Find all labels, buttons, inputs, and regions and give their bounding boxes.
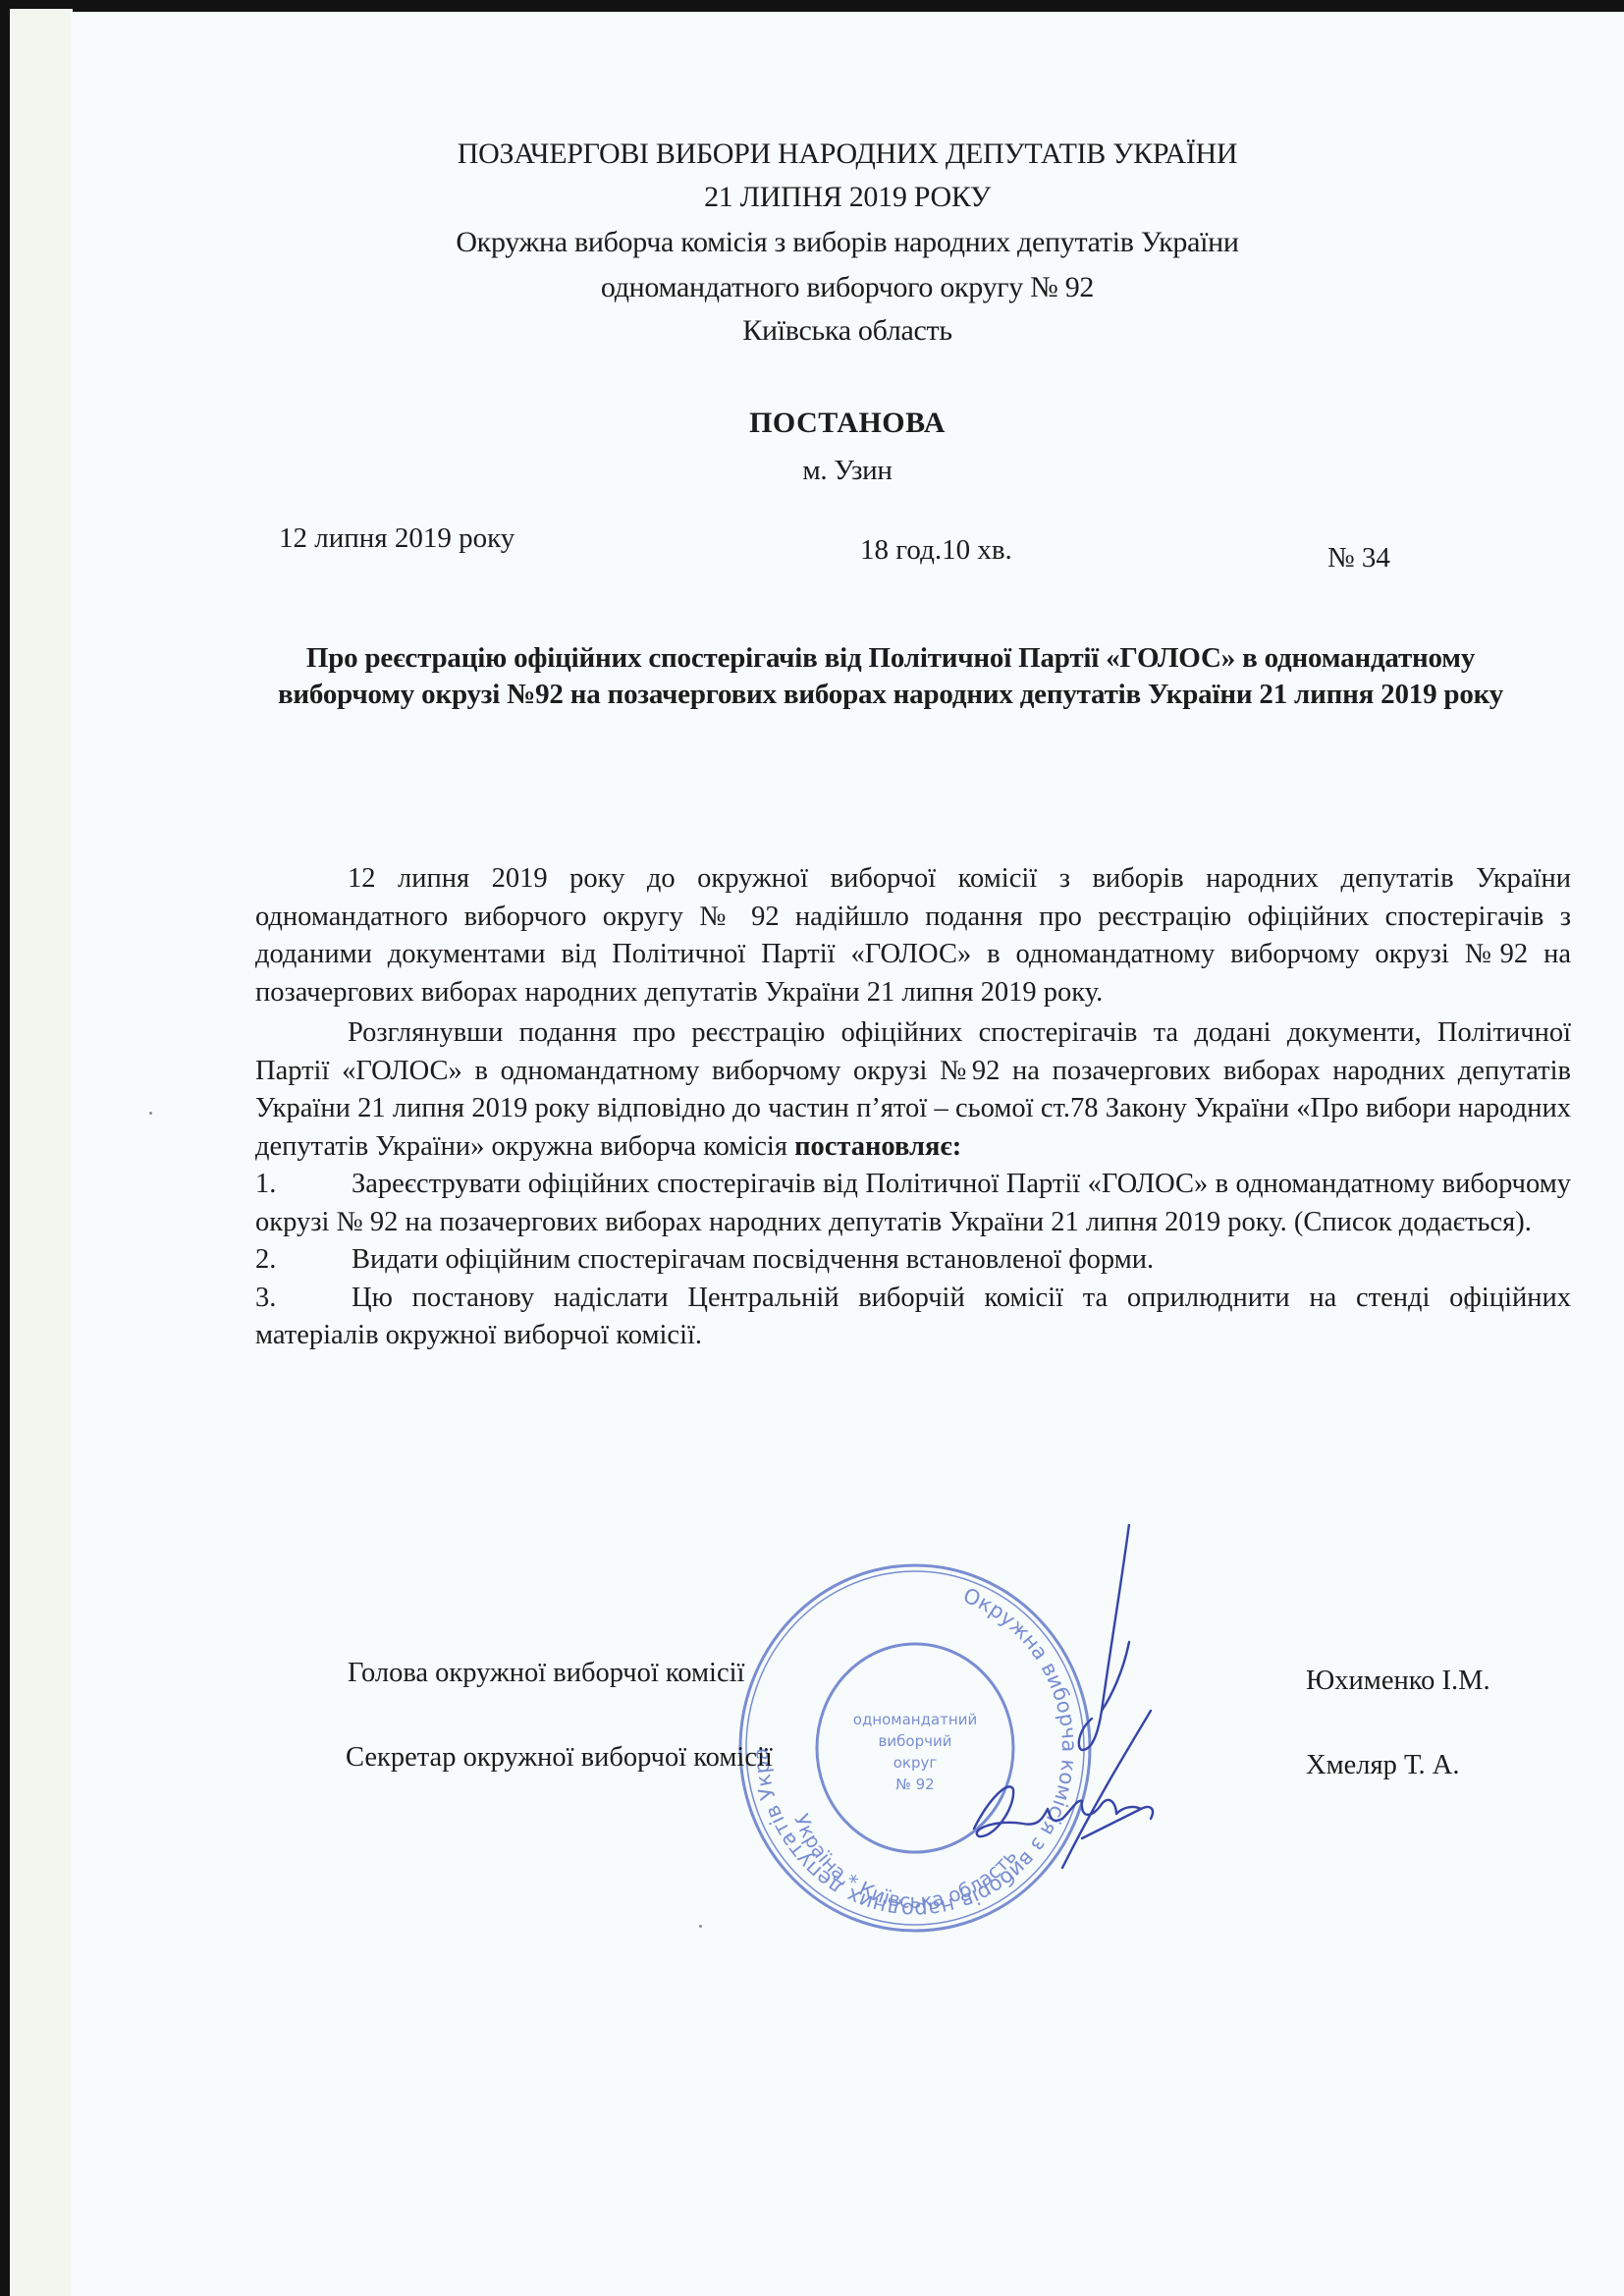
commission-name: Окружна виборча комісія з виборів народн…: [71, 226, 1624, 259]
scan-edge-strip: [10, 9, 73, 2296]
document-number: № 34: [1327, 542, 1390, 574]
chair-name: Юхименко І.М.: [1306, 1666, 1490, 1697]
scan-speck: [149, 1112, 152, 1115]
document-time: 18 год.10 хв.: [860, 534, 1012, 566]
stamp-center-line-2: виборчий: [879, 1732, 952, 1750]
document-date: 12 липня 2019 року: [279, 522, 514, 554]
resolution-number-3: 3.: [255, 1280, 276, 1318]
secretary-name: Хмеляр Т. А.: [1306, 1750, 1460, 1781]
scan-speck: [1465, 1306, 1468, 1309]
resolution-text-2: Видати офіційним спостерігачам посвідчен…: [352, 1244, 1154, 1275]
paragraph-submission: 12 липня 2019 року до окружної виборчої …: [255, 860, 1571, 1011]
district-name: одномандатного виборчого округу № 92: [71, 271, 1624, 304]
resolution-text-3: Цю постанову надіслати Центральній вибор…: [255, 1283, 1571, 1351]
document-type: ПОСТАНОВА: [71, 407, 1624, 440]
election-title: ПОЗАЧЕРГОВІ ВИБОРИ НАРОДНИХ ДЕПУТАТІВ УК…: [71, 137, 1624, 171]
secretary-role: Секретар окружної виборчої комісії: [346, 1742, 773, 1774]
paragraph-consideration: Розглянувши подання про реєстрацію офіці…: [255, 1014, 1571, 1166]
document-subject: Про реєстрацію офіційних спостерігачів в…: [257, 640, 1524, 713]
document-place: м. Узин: [71, 454, 1624, 487]
chair-role: Голова окружної виборчої комісії: [348, 1658, 744, 1689]
resolution-text-1: Зареєструвати офіційних спостерігачів ві…: [255, 1169, 1571, 1237]
resolves-keyword: постановляє:: [794, 1131, 961, 1162]
resolution-item-2: 2. Видати офіційним спостерігачам посвід…: [255, 1241, 1571, 1280]
document-page: ПОЗАЧЕРГОВІ ВИБОРИ НАРОДНИХ ДЕПУТАТІВ УК…: [71, 12, 1624, 2296]
handwritten-signature-icon: [954, 1524, 1190, 1897]
region-name: Київська область: [71, 314, 1624, 348]
document-body: 12 липня 2019 року до окружної виборчої …: [255, 860, 1571, 1355]
stamp-center-line-3: округ: [893, 1754, 938, 1772]
resolution-item-3: 3. Цю постанову надіслати Центральній ви…: [255, 1280, 1571, 1355]
resolution-item-1: 1. Зареєструвати офіційних спостерігачів…: [255, 1166, 1571, 1241]
election-date: 21 ЛИПНЯ 2019 РОКУ: [71, 181, 1624, 214]
resolution-number-2: 2.: [255, 1241, 276, 1280]
resolution-number-1: 1.: [255, 1166, 276, 1204]
scan-speck: [699, 1925, 702, 1928]
stamp-center-line-4: № 92: [895, 1776, 934, 1793]
